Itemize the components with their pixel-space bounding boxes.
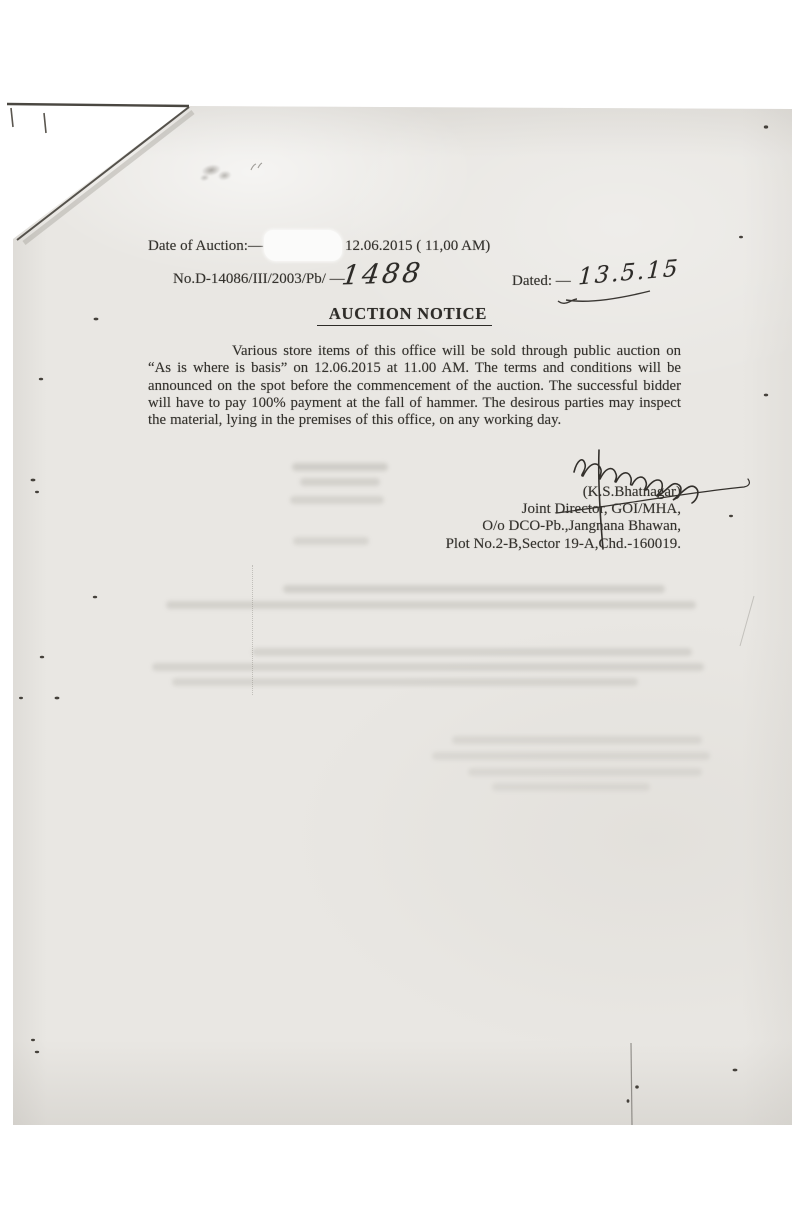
bleed-through-line [166,601,696,609]
signatory-designation: Joint Director, GOI/MHA, [380,501,681,518]
signatory-office: O/o DCO-Pb.,Jangnana Bhawan, [380,518,681,535]
notice-title-row: AUCTION NOTICE [138,304,671,326]
bleed-through-line [152,663,704,671]
registration-tick-marks [11,108,46,133]
bleed-through-line [290,496,384,504]
notice-title: AUCTION NOTICE [317,304,492,326]
bleed-through-line [283,585,665,593]
signatory-address: Plot No.2-B,Sector 19-A,Chd.-160019. [380,536,681,553]
reference-number-handwritten: 1488 [340,258,425,292]
auction-date-label: Date of Auction:— [148,238,263,255]
bleed-through-line [292,463,388,471]
bleed-through-line [492,783,650,791]
bleed-through-line [293,537,369,545]
bleed-through-line [172,678,638,686]
bleed-through-line [300,478,380,486]
reference-number: No.D-14086/III/2003/Pb/ — [173,271,345,288]
vertical-crease [252,565,253,695]
scanned-document-page: Date of Auction:— 12.06.2015 ( 11,00 AM)… [0,0,792,1224]
bleed-through-line [432,752,710,760]
signature-block: (K.S.Bhatnagar) Joint Director, GOI/MHA,… [380,484,681,553]
auction-date-value: 12.06.2015 ( 11,00 AM) [345,238,490,255]
notice-body-paragraph: Various store items of this office will … [148,343,681,429]
page-top-edge-line [7,104,189,106]
whiteout-correction-patch [264,230,342,261]
signatory-name: (K.S.Bhatnagar) [380,484,681,501]
dated-label: Dated: — [512,273,571,290]
bleed-through-line [452,736,702,744]
bleed-through-line [252,648,692,656]
bleed-through-line [468,768,702,776]
